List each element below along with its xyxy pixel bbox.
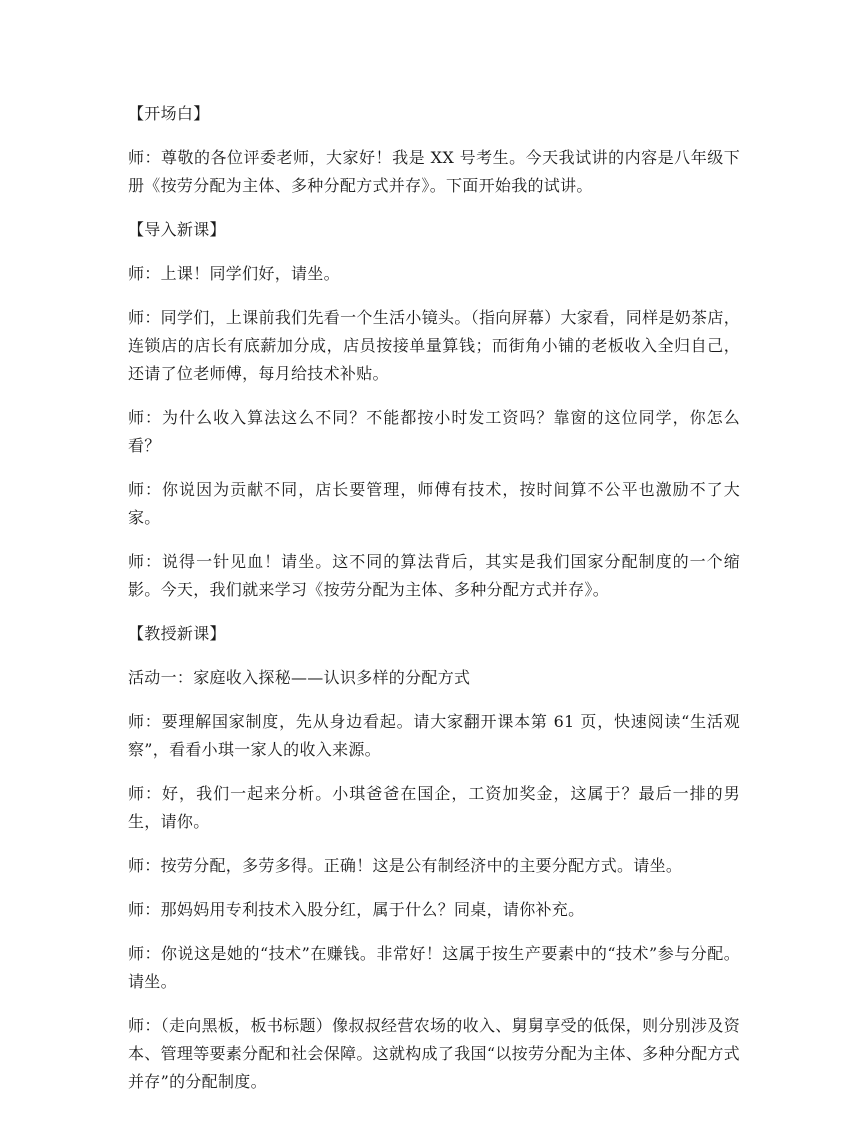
paragraph-greeting: 师：尊敬的各位评委老师，大家好！我是 XX 号考生。今天我试讲的内容是八年级下册… — [128, 144, 740, 200]
paragraph-technology-factor: 师：你说这是她的“技术”在赚钱。非常好！这属于按生产要素中的“技术”参与分配。请… — [128, 940, 740, 996]
paragraph-distribution-system: 师：（走向黑板，板书标题）像叔叔经营农场的收入、舅舅享受的低保，则分别涉及资本、… — [128, 1012, 740, 1096]
paragraph-milk-tea-scene: 师：同学们，上课前我们先看一个生活小镜头。（指向屏幕）大家看，同样是奶茶店，连锁… — [128, 304, 740, 388]
paragraph-activity-one: 活动一：家庭收入探秘——认识多样的分配方式 — [128, 664, 740, 692]
section-heading-teaching: 【教授新课】 — [128, 620, 740, 648]
paragraph-question-income: 师：为什么收入算法这么不同？不能都按小时发工资吗？靠窗的这位同学，你怎么看？ — [128, 404, 740, 460]
paragraph-mother-patent: 师：那妈妈用专利技术入股分红，属于什么？同桌，请你补充。 — [128, 896, 740, 924]
paragraph-topic-intro: 师：说得一针见血！请坐。这不同的算法背后，其实是我们国家分配制度的一个缩影。今天… — [128, 548, 740, 604]
section-heading-opening: 【开场白】 — [128, 100, 740, 128]
document-page: 【开场白】 师：尊敬的各位评委老师，大家好！我是 XX 号考生。今天我试讲的内容… — [128, 100, 740, 1112]
section-heading-introduction: 【导入新课】 — [128, 216, 740, 244]
paragraph-student-answer: 师：你说因为贡献不同，店长要管理，师傅有技术，按时间算不公平也激励不了大家。 — [128, 476, 740, 532]
paragraph-class-start: 师：上课！同学们好，请坐。 — [128, 260, 740, 288]
paragraph-labor-distribution: 师：按劳分配，多劳多得。正确！这是公有制经济中的主要分配方式。请坐。 — [128, 852, 740, 880]
paragraph-textbook-reading: 师：要理解国家制度，先从身边看起。请大家翻开课本第 61 页，快速阅读“生活观察… — [128, 708, 740, 764]
paragraph-father-income: 师：好，我们一起来分析。小琪爸爸在国企，工资加奖金，这属于？最后一排的男生，请你… — [128, 780, 740, 836]
